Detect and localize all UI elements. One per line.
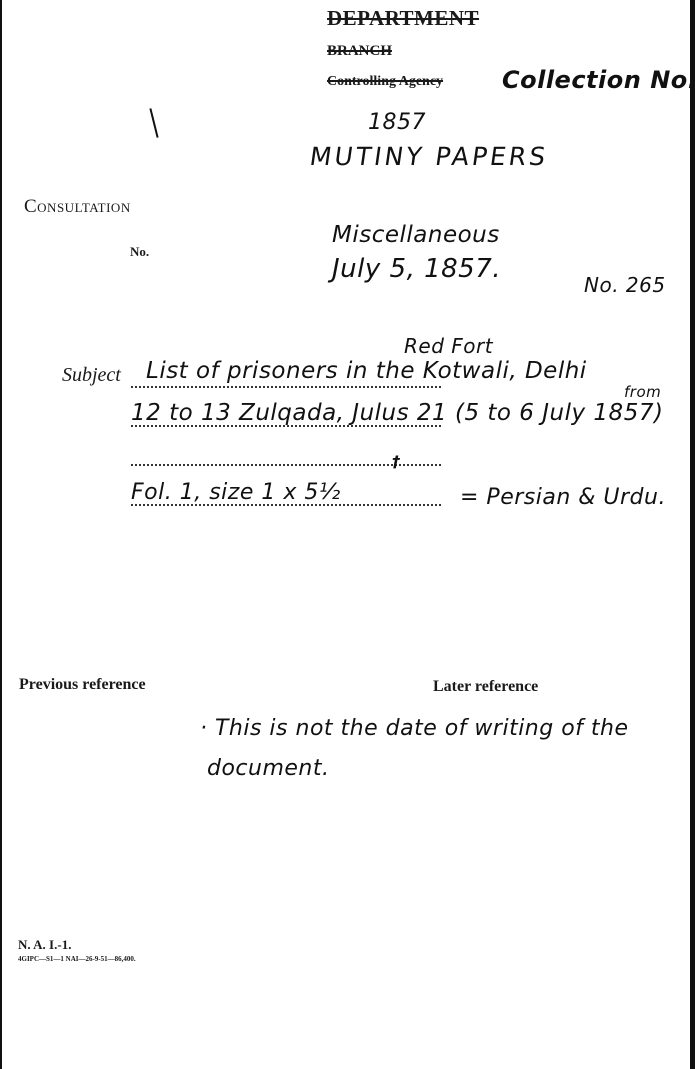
- pen-stroke-mark: [149, 108, 158, 138]
- subject-line-1-suffix: from: [624, 383, 661, 401]
- previous-reference-label: Previous reference: [19, 676, 146, 694]
- record-number: No. 265: [584, 273, 666, 297]
- subject-label: Subject: [62, 364, 121, 387]
- subject-line-2: 12 to 13 Zulqada, Julus 21 (5 to 6 July …: [131, 400, 663, 426]
- page-right-border: [690, 0, 695, 1069]
- collection-number: Collection No. 6: [502, 66, 695, 94]
- controlling-agency-label: Controlling Agency: [327, 74, 443, 90]
- record-date: July 5, 1857.: [332, 254, 501, 284]
- record-category: Miscellaneous: [332, 222, 500, 248]
- form-code: N. A. I.-1.: [18, 937, 71, 953]
- later-reference-label: Later reference: [433, 678, 538, 696]
- note-line-1: · This is not the date of writing of the: [200, 716, 629, 741]
- subject-line-3-mark: †: [392, 452, 401, 471]
- department-label: DEPARTMENT: [327, 6, 479, 31]
- branch-label: BRANCH: [327, 43, 392, 60]
- note-line-2: document.: [207, 756, 330, 781]
- series-title: MUTINY PAPERS: [308, 142, 550, 171]
- document-language: = Persian & Urdu.: [460, 485, 666, 510]
- subject-line-1: List of prisoners in the Kotwali, Delhi: [146, 358, 587, 384]
- series-year: 1857: [368, 110, 426, 135]
- subject-insertion: Red Fort: [404, 334, 493, 358]
- consultation-heading: Consultation: [24, 196, 131, 218]
- consultation-no-label: No.: [130, 244, 149, 260]
- document-page: DEPARTMENT BRANCH Controlling Agency Col…: [0, 0, 695, 1069]
- page-left-border: [0, 0, 2, 1069]
- folio-size: Fol. 1, size 1 x 5½: [131, 480, 341, 505]
- subject-dotted-line-1: [131, 386, 441, 388]
- print-code: 4GIPC—S1—1 NAI—26-9-51—86,400.: [18, 955, 136, 963]
